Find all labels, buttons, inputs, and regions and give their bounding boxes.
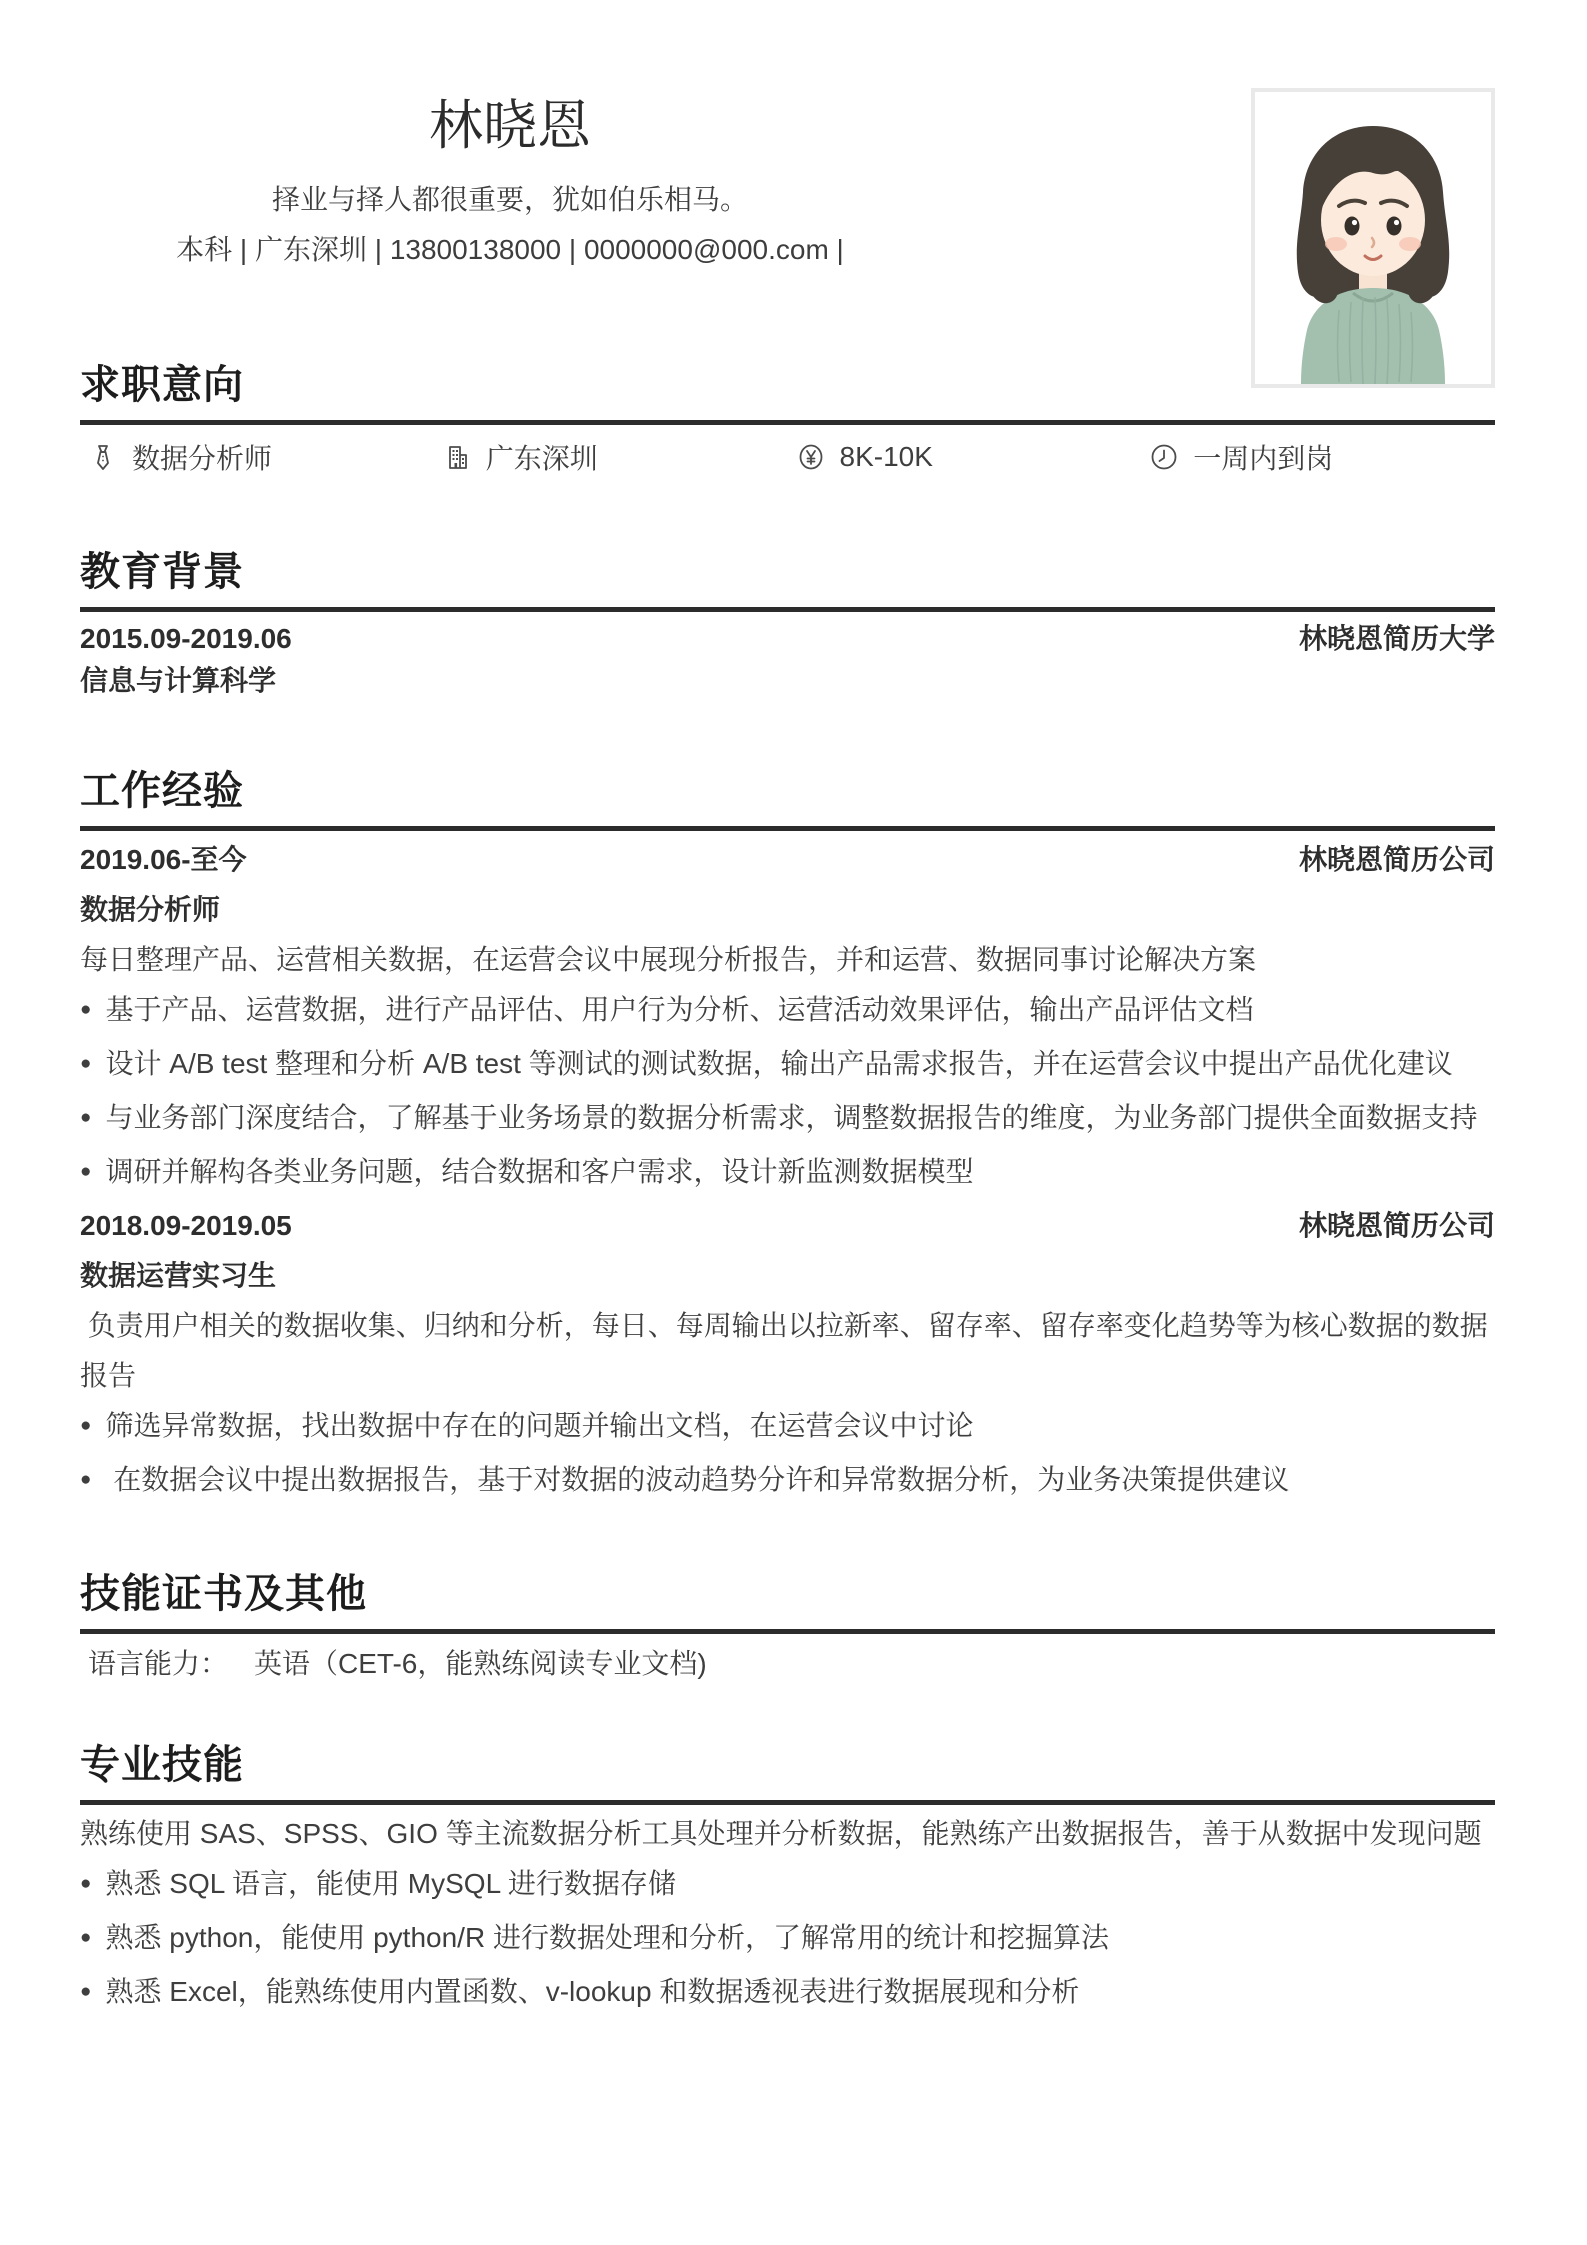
resume-page: 林晓恩 择业与择人都很重要，犹如伯乐相马。 本科 | 广东深圳 | 138001… bbox=[0, 0, 1587, 2245]
education-major: 信息与计算科学 bbox=[80, 660, 1495, 702]
education-school: 林晓恩简历大学 bbox=[1299, 618, 1495, 660]
skill-bullet: ●熟悉 python，能使用 python/R 进行数据处理和分析，了解常用的统… bbox=[80, 1913, 1495, 1967]
section-title-certificates: 技能证书及其他 bbox=[80, 1571, 1495, 1634]
job-bullet: ●筛选异常数据，找出数据中存在的问题并输出文档，在运营会议中讨论 bbox=[80, 1401, 1495, 1455]
certificate-item: 语言能力：英语（CET-6，能熟练阅读专业文档) bbox=[80, 1642, 1495, 1686]
avatar-illustration-icon bbox=[1255, 92, 1491, 384]
bullet-dot-icon: ● bbox=[80, 999, 91, 1020]
job-bullet: ● 在数据会议中提出数据报告，基于对数据的波动趋势分许和异常数据分析，为业务决策… bbox=[80, 1455, 1495, 1509]
building-icon bbox=[442, 442, 472, 472]
job-bullet: ●基于产品、运营数据，进行产品评估、用户行为分析、运营活动效果评估，输出产品评估… bbox=[80, 985, 1495, 1039]
job-period: 2018.09-2019.05 bbox=[80, 1201, 292, 1251]
job-entry: 2019.06-至今 林晓恩简历公司 数据分析师 每日整理产品、运营相关数据，在… bbox=[80, 835, 1495, 1201]
job-bullet: ●与业务部门深度结合，了解基于业务场景的数据分析需求，调整数据报告的维度，为业务… bbox=[80, 1093, 1495, 1147]
job-bullet: ●设计 A/B test 整理和分析 A/B test 等测试的测试数据，输出产… bbox=[80, 1039, 1495, 1093]
job-title: 数据运营实习生 bbox=[80, 1251, 1495, 1301]
clock-icon bbox=[1149, 442, 1179, 472]
job-period: 2019.06-至今 bbox=[80, 835, 247, 885]
certificate-label: 语言能力： bbox=[88, 1648, 228, 1679]
intent-salary-label: 8K-10K bbox=[840, 441, 933, 473]
skills-summary: 熟练使用 SAS、SPSS、GIO 等主流数据分析工具处理并分析数据，能熟练产出… bbox=[80, 1809, 1495, 1859]
intent-salary: 8K-10K bbox=[788, 441, 1142, 473]
necktie-icon bbox=[88, 442, 118, 472]
bullet-dot-icon: ● bbox=[80, 1053, 91, 1074]
intent-position-label: 数据分析师 bbox=[132, 437, 272, 477]
job-company: 林晓恩简历公司 bbox=[1299, 835, 1495, 885]
job-header-row: 2018.09-2019.05 林晓恩简历公司 bbox=[80, 1201, 1495, 1251]
job-entry: 2018.09-2019.05 林晓恩简历公司 数据运营实习生 负责用户相关的数… bbox=[80, 1201, 1495, 1509]
job-header-row: 2019.06-至今 林晓恩简历公司 bbox=[80, 835, 1495, 885]
intent-availability-label: 一周内到岗 bbox=[1193, 437, 1333, 477]
profile-photo bbox=[1251, 88, 1495, 388]
bullet-dot-icon: ● bbox=[80, 1873, 91, 1894]
section-skills: 专业技能 熟练使用 SAS、SPSS、GIO 等主流数据分析工具处理并分析数据，… bbox=[80, 1742, 1495, 2021]
intent-location-label: 广东深圳 bbox=[486, 437, 598, 477]
bullet-dot-icon: ● bbox=[80, 1927, 91, 1948]
candidate-name: 林晓恩 bbox=[80, 88, 940, 164]
intent-location: 广东深圳 bbox=[434, 437, 788, 477]
skill-bullet: ●熟悉 SQL 语言，能使用 MySQL 进行数据存储 bbox=[80, 1859, 1495, 1913]
job-title: 数据分析师 bbox=[80, 885, 1495, 935]
intent-position: 数据分析师 bbox=[80, 437, 434, 477]
section-title-experience: 工作经验 bbox=[80, 768, 1495, 831]
section-title-skills: 专业技能 bbox=[80, 1742, 1495, 1805]
job-summary: 负责用户相关的数据收集、归纳和分析，每日、每周输出以拉新率、留存率、留存率变化趋… bbox=[80, 1301, 1495, 1401]
resume-header: 林晓恩 择业与择人都很重要，犹如伯乐相马。 本科 | 广东深圳 | 138001… bbox=[80, 0, 940, 272]
bullet-dot-icon: ● bbox=[80, 1469, 91, 1490]
education-header-row: 2015.09-2019.06 林晓恩简历大学 bbox=[80, 618, 1495, 660]
section-experience: 工作经验 2019.06-至今 林晓恩简历公司 数据分析师 每日整理产品、运营相… bbox=[80, 768, 1495, 1509]
section-title-education: 教育背景 bbox=[80, 549, 1495, 612]
certificate-value: 英语（CET-6，能熟练阅读专业文档) bbox=[254, 1648, 707, 1679]
job-bullet: ●调研并解构各类业务问题，结合数据和客户需求，设计新监测数据模型 bbox=[80, 1147, 1495, 1201]
job-company: 林晓恩简历公司 bbox=[1299, 1201, 1495, 1251]
salary-icon bbox=[796, 442, 826, 472]
section-certificates: 技能证书及其他 语言能力：英语（CET-6，能熟练阅读专业文档) bbox=[80, 1571, 1495, 1686]
intent-availability: 一周内到岗 bbox=[1141, 437, 1495, 477]
candidate-tagline: 择业与择人都很重要，犹如伯乐相马。 bbox=[80, 178, 940, 222]
education-period: 2015.09-2019.06 bbox=[80, 618, 292, 660]
bullet-dot-icon: ● bbox=[80, 1107, 91, 1128]
education-entry: 2015.09-2019.06 林晓恩简历大学 信息与计算科学 bbox=[80, 618, 1495, 702]
job-summary: 每日整理产品、运营相关数据，在运营会议中展现分析报告，并和运营、数据同事讨论解决… bbox=[80, 935, 1495, 985]
section-education: 教育背景 2015.09-2019.06 林晓恩简历大学 信息与计算科学 bbox=[80, 549, 1495, 702]
bullet-dot-icon: ● bbox=[80, 1161, 91, 1182]
bullet-dot-icon: ● bbox=[80, 1981, 91, 2002]
contact-line: 本科 | 广东深圳 | 13800138000 | 0000000@000.co… bbox=[80, 228, 940, 272]
skill-bullet: ●熟悉 Excel，能熟练使用内置函数、v-lookup 和数据透视表进行数据展… bbox=[80, 1967, 1495, 2021]
intention-items: 数据分析师 bbox=[80, 437, 1495, 477]
bullet-dot-icon: ● bbox=[80, 1415, 91, 1436]
